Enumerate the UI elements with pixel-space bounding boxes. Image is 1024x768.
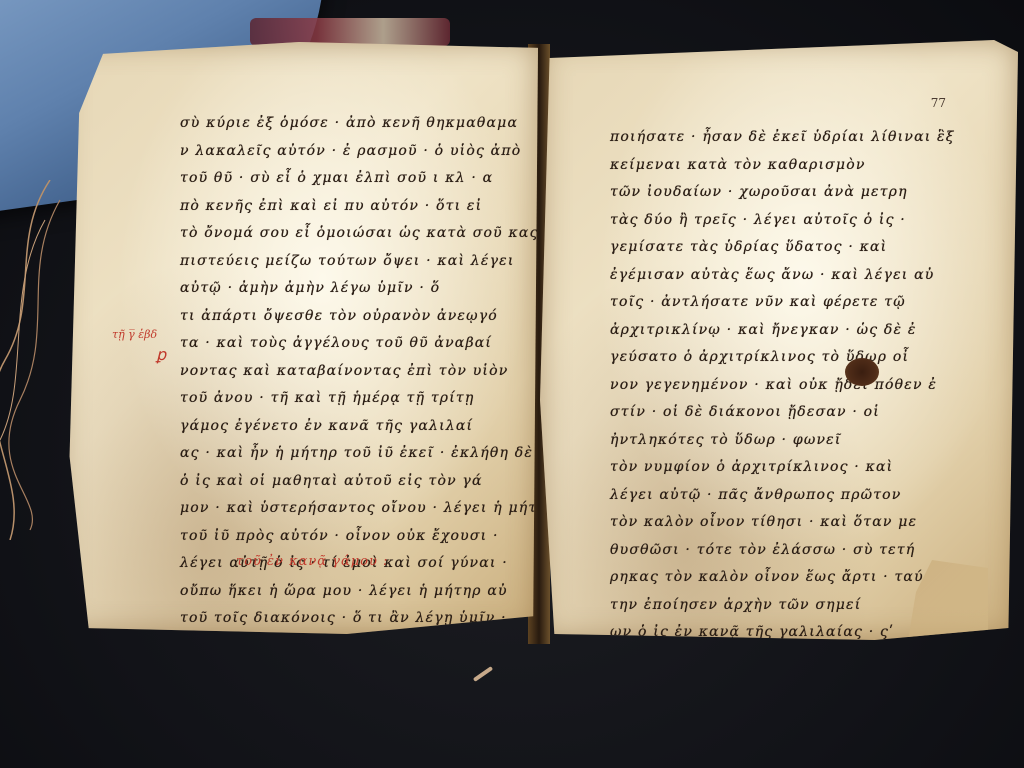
text-line: ὁ ἰς καὶ οἱ μαθηταὶ αὐτοῦ εἰς τὸν γά — [180, 468, 540, 496]
text-line: τοῦ θῦ · σὺ εἶ ὁ χμαι ἐλπὶ σοῦ ι κλ · α — [180, 165, 540, 193]
text-line: ἀρχιτρικλίνῳ · καὶ ἤνεγκαν · ὡς δὲ ἐ — [610, 317, 980, 345]
folio-number: 77 — [931, 96, 946, 110]
text-line: πιστεύεις μείζω τούτων ὄψει · καὶ λέγει — [180, 248, 540, 276]
text-line: τοῦ ἰῦ πρὸς αὐτόν · οἶνον οὐκ ἔχουσι · — [180, 523, 540, 551]
right-page: 77 ποιήσατε · ἦσαν δὲ ἐκεῖ ὑδρίαι λίθινα… — [540, 40, 1018, 640]
text-line: τοῖς · ἀντλήσατε νῦν καὶ φέρετε τῷ — [610, 289, 980, 317]
text-line: γεμίσατε τὰς ὑδρίας ὕδατος · καὶ — [610, 234, 980, 262]
text-line: μον · καὶ ὑστερήσαντος οἴνου · λέγει ἡ μ… — [180, 495, 540, 523]
text-line: τὸ ὄνομά σου εἶ ὁμοιώσαι ὡς κατὰ σοῦ κας — [180, 220, 540, 248]
text-line: πὸ κενῆς ἐπὶ καὶ εἰ πυ αὐτόν · ὅτι εἰ — [180, 193, 540, 221]
text-line: λέγει αὐτῷ · πᾶς ἄνθρωπος πρῶτον — [610, 482, 980, 510]
parchment-scrap — [473, 666, 493, 682]
text-line: τὸν νυμφίον ὁ ἀρχιτρίκλινος · καὶ — [610, 454, 980, 482]
text-line: αὐτῷ · ἀμὴν ἀμὴν λέγω ὑμῖν · ὅ — [180, 275, 540, 303]
loose-threads — [0, 180, 70, 540]
text-line: τα · καὶ τοὺς ἀγγέλους τοῦ θῦ ἀναβαί — [180, 330, 540, 358]
text-line: νοντας καὶ καταβαίνοντας ἐπὶ τὸν υἱὸν — [180, 358, 540, 386]
text-line: ἐγέμισαν αὐτὰς ἕως ἄνω · καὶ λέγει αὐ — [610, 262, 980, 290]
left-page: σὺ κύριε ἐξ ὁμόσε · ἀπὸ κενῆ θηκμαθαμα ν… — [60, 42, 538, 634]
red-marginal-note: τῇ γ̅ ἑβδ ꝑ — [112, 330, 157, 340]
text-line: στίν · οἱ δὲ διάκονοι ᾔδεσαν · οἱ — [610, 399, 980, 427]
text-line: τι ἀπάρτι ὄψεσθε τὸν οὐρανὸν ἀνεῳγό — [180, 303, 540, 331]
red-rubric: τοῦ ἐν κανᾷ γάμου : — [236, 554, 388, 569]
text-line: τῶν ἰουδαίων · χωροῦσαι ἀνὰ μετρη — [610, 179, 980, 207]
text-line: τὰς δύο ἢ τρεῖς · λέγει αὐτοῖς ὁ ἰς · — [610, 207, 980, 235]
text-line: ποιήσατε · ἦσαν δὲ ἐκεῖ ὑδρίαι λίθιναι ἓ… — [610, 124, 980, 152]
text-line: ἠντληκότες τὸ ὕδωρ · φωνεῖ — [610, 427, 980, 455]
text-line: νον γεγενημένον · καὶ οὐκ ᾔδει πόθεν ἐ — [610, 372, 980, 400]
text-line: σὺ κύριε ἐξ ὁμόσε · ἀπὸ κενῆ θηκμαθαμα — [180, 110, 540, 138]
text-line: ας · καὶ ἦν ἡ μήτηρ τοῦ ἰῦ ἐκεῖ · ἐκλήθη… — [180, 440, 540, 468]
text-line: οὔπω ἥκει ἡ ὥρα μου · λέγει ἡ μήτηρ αὐ — [180, 578, 540, 606]
text-line: ν λακαλεῖς αὐτόν · ἐ ρασμοῦ · ὁ υἱὸς ἀπὸ — [180, 138, 540, 166]
text-line: θυσθῶσι · τότε τὸν ἐλάσσω · σὺ τετή — [610, 537, 980, 565]
text-line: κείμεναι κατὰ τὸν καθαρισμὸν — [610, 152, 980, 180]
text-line: τοῦ ἀνου · τῆ καὶ τῇ ἡμέρᾳ τῇ τρίτῃ — [180, 385, 540, 413]
marginal-symbol-icon: ꝑ — [156, 350, 166, 360]
text-line: τὸν καλὸν οἶνον τίθησι · καὶ ὅταν με — [610, 509, 980, 537]
text-line: γεύσατο ὁ ἀρχιτρίκλινος τὸ ὕδωρ οἶ — [610, 344, 980, 372]
ink-stain — [845, 358, 879, 386]
binding-stitch — [250, 18, 450, 46]
text-line: γάμος ἐγένετο ἐν κανᾶ τῆς γαλιλαί — [180, 413, 540, 441]
right-page-text: ποιήσατε · ἦσαν δὲ ἐκεῖ ὑδρίαι λίθιναι ἓ… — [610, 124, 980, 647]
text-line: τοῦ τοῖς διακόνοις · ὅ τι ἂν λέγῃ ὑμῖν · — [180, 605, 540, 633]
marginal-note-text: τῇ γ̅ ἑβδ — [112, 328, 157, 341]
